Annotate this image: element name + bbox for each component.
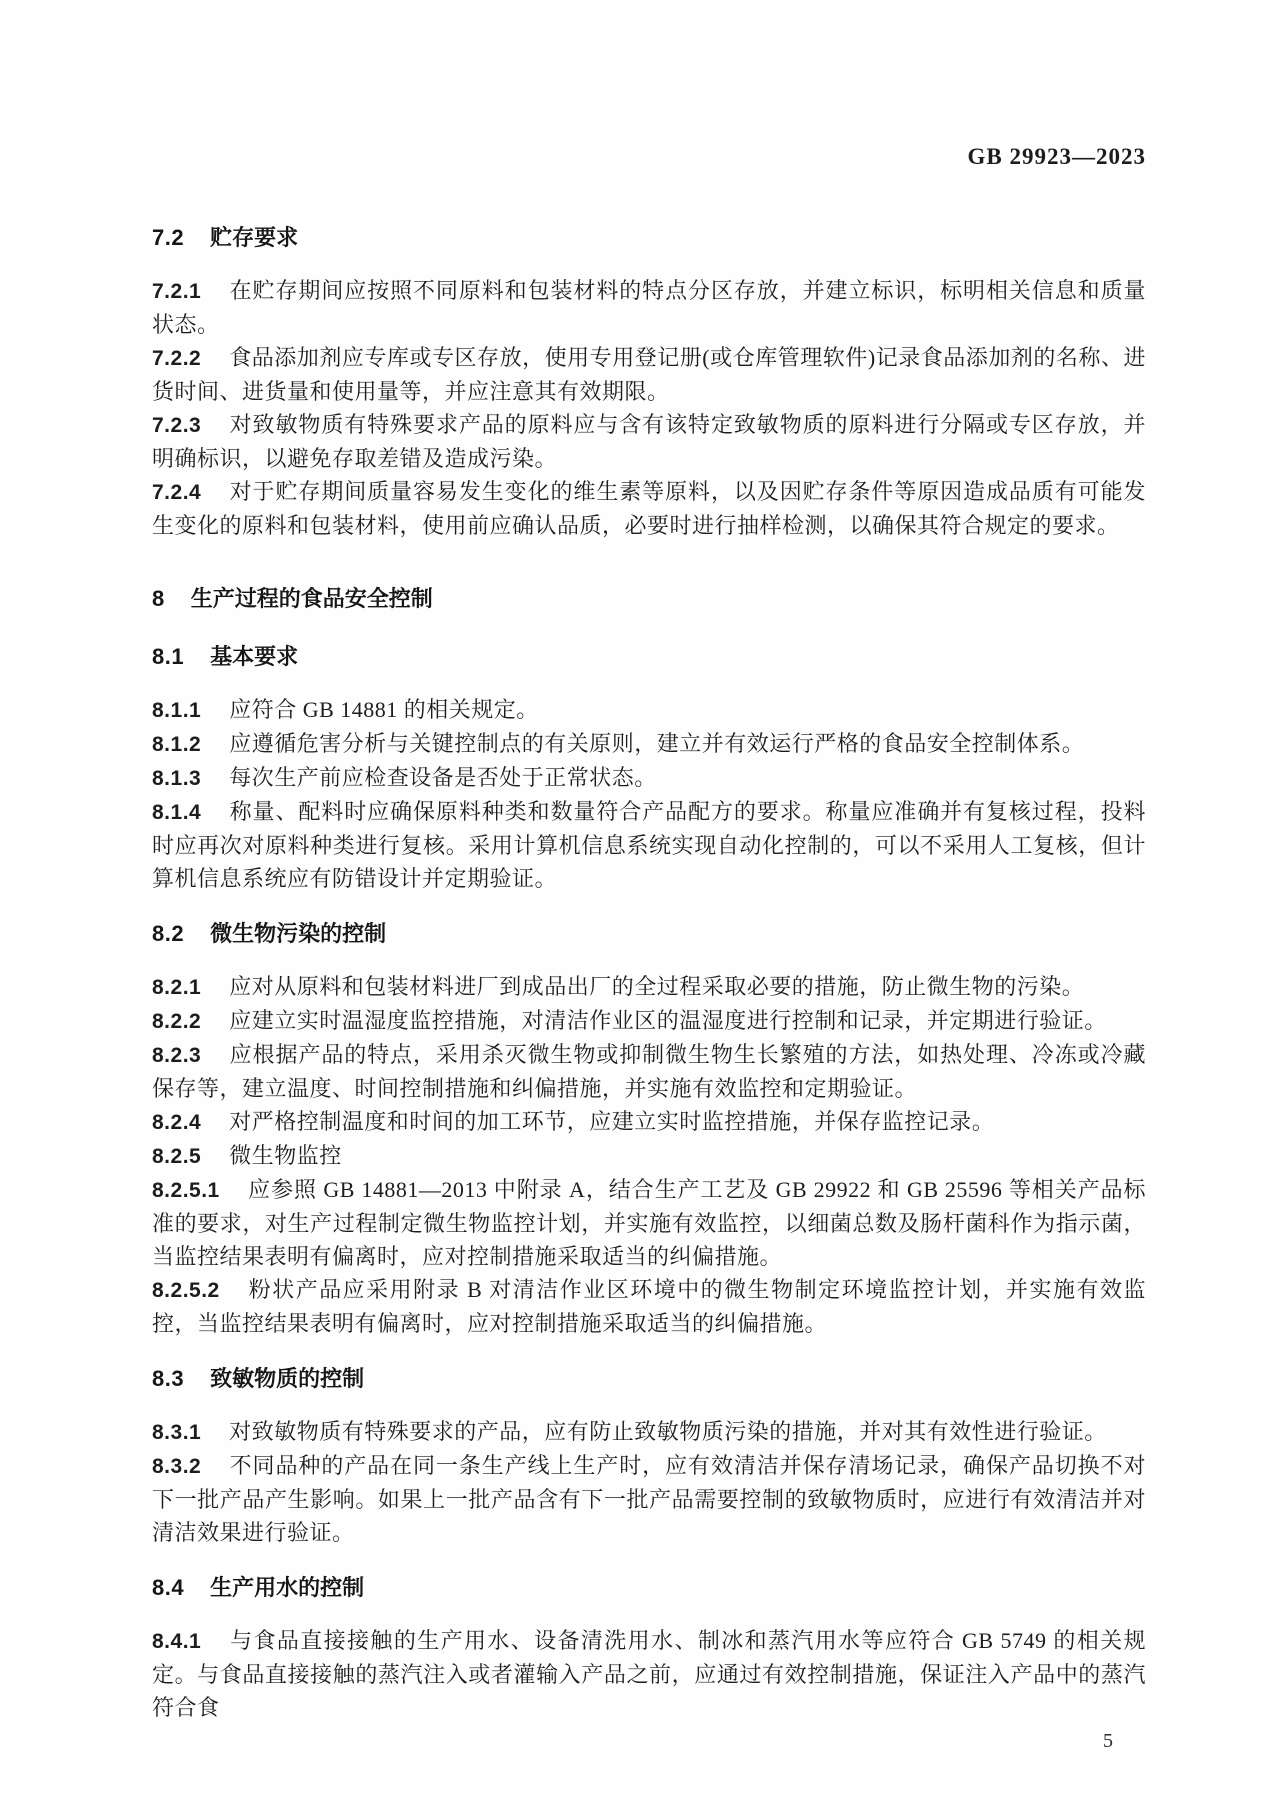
clause-number: 8.2.5 [152,1145,201,1168]
clause-number: 8.2.1 [152,976,201,999]
clause-text: 与食品直接接触的生产用水、设备清洗用水、制冰和蒸汽用水等应符合 GB 5749 … [152,1628,1146,1720]
clause-text: 应遵循危害分析与关键控制点的有关原则，建立并有效运行严格的食品安全控制体系。 [229,731,1084,756]
clause-number: 8.1.3 [152,767,201,790]
clause-number: 8.2.3 [152,1044,201,1067]
clause-number: 8.3.2 [152,1455,201,1478]
clause-text: 称量、配料时应确保原料种类和数量符合产品配方的要求。称量应准确并有复核过程，投料… [152,799,1146,891]
page-number: 5 [152,1726,1146,1756]
section-title: 致敏物质的控制 [210,1366,364,1391]
clause-paragraph-7-2-3: 7.2.3对致敏物质有特殊要求产品的原料应与含有该特定致敏物质的原料进行分隔或专… [152,408,1146,475]
section-heading-7-2: 7.2贮存要求 [152,221,1146,254]
clause-text: 应建立实时温湿度监控措施，对清洁作业区的温湿度进行控制和记录，并定期进行验证。 [229,1008,1107,1033]
clause-paragraph-7-2-4: 7.2.4对于贮存期间质量容易发生变化的维生素等原料，以及因贮存条件等原因造成品… [152,475,1146,542]
section-number: 8 [152,586,165,611]
section-title: 基本要求 [210,644,298,669]
clause-text: 应符合 GB 14881 的相关规定。 [229,697,539,722]
clause-text: 每次生产前应检查设备是否处于正常状态。 [229,765,657,790]
section-title: 贮存要求 [210,225,298,250]
clause-text: 应参照 GB 14881—2013 中附录 A，结合生产工艺及 GB 29922… [152,1177,1146,1269]
standard-number-header: GB 29923—2023 [152,140,1146,173]
clause-number: 8.1.2 [152,733,201,756]
clause-text: 不同品种的产品在同一条生产线上生产时，应有效清洁并保存清场记录，确保产品切换不对… [152,1453,1146,1545]
clause-number: 7.2.4 [152,481,201,504]
clause-paragraph-8-1-4: 8.1.4称量、配料时应确保原料种类和数量符合产品配方的要求。称量应准确并有复核… [152,795,1146,895]
clause-number: 7.2.3 [152,414,201,437]
clause-number: 8.2.2 [152,1010,201,1033]
clause-paragraph-8-1-2: 8.1.2应遵循危害分析与关键控制点的有关原则，建立并有效运行严格的食品安全控制… [152,727,1146,761]
section-number: 8.4 [152,1575,184,1600]
section-number: 8.2 [152,921,184,946]
clause-text: 粉状产品应采用附录 B 对清洁作业区环境中的微生物制定环境监控计划，并实施有效监… [152,1277,1146,1336]
clause-paragraph-7-2-2: 7.2.2食品添加剂应专库或专区存放，使用专用登记册(或仓库管理软件)记录食品添… [152,341,1146,408]
clause-text: 对致敏物质有特殊要求的产品，应有防止致敏物质污染的措施，并对其有效性进行验证。 [229,1419,1107,1444]
clause-paragraph-8-3-2: 8.3.2不同品种的产品在同一条生产线上生产时，应有效清洁并保存清场记录，确保产… [152,1449,1146,1549]
clause-text: 对严格控制温度和时间的加工环节，应建立实时监控措施，并保存监控记录。 [229,1109,994,1134]
section-title: 微生物污染的控制 [210,921,386,946]
clause-text: 对于贮存期间质量容易发生变化的维生素等原料，以及因贮存条件等原因造成品质有可能发… [152,479,1146,538]
clause-paragraph-8-3-1: 8.3.1对致敏物质有特殊要求的产品，应有防止致敏物质污染的措施，并对其有效性进… [152,1415,1146,1449]
section-number: 7.2 [152,225,184,250]
clause-text: 微生物监控 [229,1143,342,1168]
clause-number: 8.4.1 [152,1630,201,1653]
clause-number: 8.2.5.1 [152,1179,220,1202]
clause-text: 应对从原料和包装材料进厂到成品出厂的全过程采取必要的措施，防止微生物的污染。 [229,974,1084,999]
document-page: GB 29923—2023 7.2贮存要求 7.2.1在贮存期间应按照不同原料和… [0,0,1280,1810]
clause-number: 7.2.1 [152,280,201,303]
clause-paragraph-8-1-1: 8.1.1应符合 GB 14881 的相关规定。 [152,693,1146,727]
clause-paragraph-8-2-4: 8.2.4对严格控制温度和时间的加工环节，应建立实时监控措施，并保存监控记录。 [152,1105,1146,1139]
section-number: 8.3 [152,1366,184,1391]
clause-paragraph-8-2-3: 8.2.3应根据产品的特点，采用杀灭微生物或抑制微生物生长繁殖的方法，如热处理、… [152,1038,1146,1105]
clause-paragraph-8-2-5: 8.2.5微生物监控 [152,1139,1146,1173]
clause-number: 8.2.5.2 [152,1279,220,1302]
clause-number: 8.3.1 [152,1421,201,1444]
section-heading-8-4: 8.4生产用水的控制 [152,1571,1146,1604]
clause-paragraph-8-4-1: 8.4.1与食品直接接触的生产用水、设备清洗用水、制冰和蒸汽用水等应符合 GB … [152,1624,1146,1724]
clause-number: 8.1.1 [152,699,201,722]
clause-number: 8.1.4 [152,801,201,824]
clause-paragraph-8-2-1: 8.2.1应对从原料和包装材料进厂到成品出厂的全过程采取必要的措施，防止微生物的… [152,970,1146,1004]
section-title: 生产过程的食品安全控制 [191,586,433,611]
section-heading-8-2: 8.2微生物污染的控制 [152,917,1146,950]
clause-number: 7.2.2 [152,347,201,370]
clause-number: 8.2.4 [152,1111,201,1134]
clause-text: 食品添加剂应专库或专区存放，使用专用登记册(或仓库管理软件)记录食品添加剂的名称… [152,345,1146,404]
section-number: 8.1 [152,644,184,669]
clause-paragraph-8-1-3: 8.1.3每次生产前应检查设备是否处于正常状态。 [152,761,1146,795]
clause-paragraph-8-2-5-1: 8.2.5.1应参照 GB 14881—2013 中附录 A，结合生产工艺及 G… [152,1173,1146,1273]
clause-paragraph-7-2-1: 7.2.1在贮存期间应按照不同原料和包装材料的特点分区存放，并建立标识，标明相关… [152,274,1146,341]
chapter-heading-8: 8生产过程的食品安全控制 [152,582,1146,615]
clause-text: 应根据产品的特点，采用杀灭微生物或抑制微生物生长繁殖的方法，如热处理、冷冻或冷藏… [152,1042,1146,1101]
clause-text: 在贮存期间应按照不同原料和包装材料的特点分区存放，并建立标识，标明相关信息和质量… [152,278,1146,337]
clause-paragraph-8-2-5-2: 8.2.5.2粉状产品应采用附录 B 对清洁作业区环境中的微生物制定环境监控计划… [152,1273,1146,1340]
clause-paragraph-8-2-2: 8.2.2应建立实时温湿度监控措施，对清洁作业区的温湿度进行控制和记录，并定期进… [152,1004,1146,1038]
section-heading-8-1: 8.1基本要求 [152,640,1146,673]
section-title: 生产用水的控制 [210,1575,364,1600]
clause-text: 对致敏物质有特殊要求产品的原料应与含有该特定致敏物质的原料进行分隔或专区存放，并… [152,412,1146,471]
section-heading-8-3: 8.3致敏物质的控制 [152,1362,1146,1395]
